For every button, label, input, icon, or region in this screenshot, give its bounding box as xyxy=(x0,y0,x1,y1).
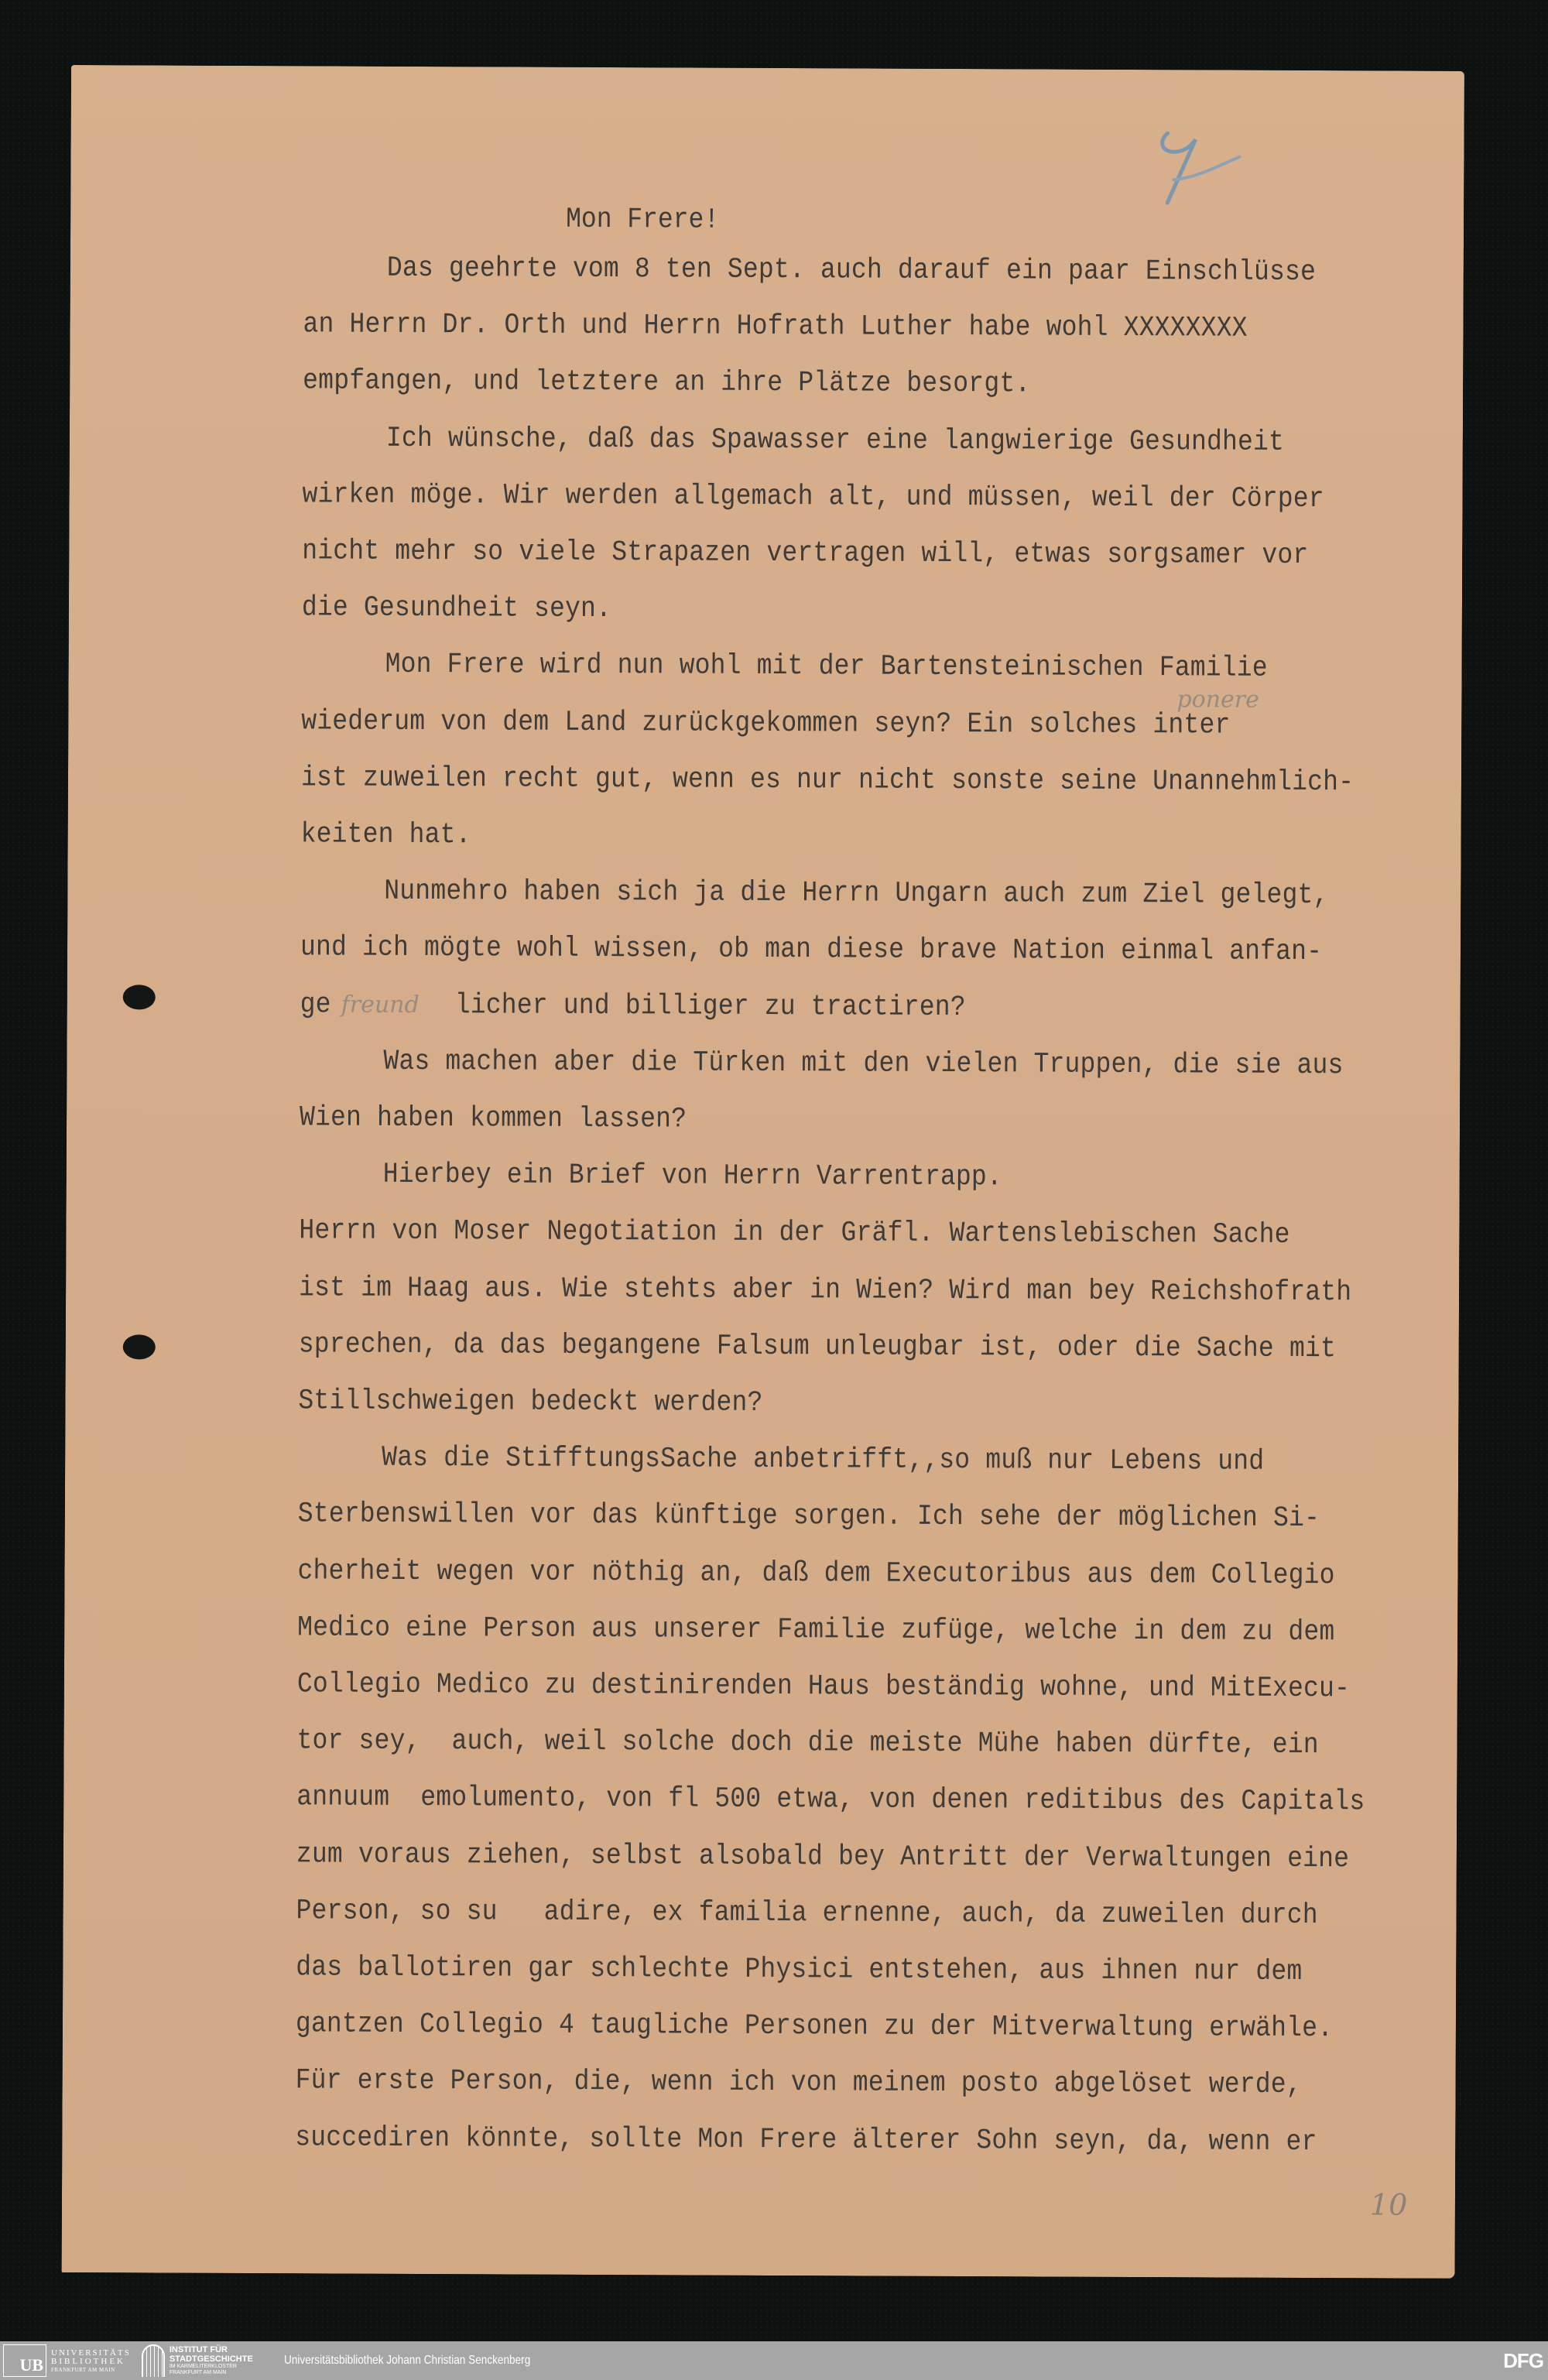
text-line: wirken möge. Wir werden allgemach alt, u… xyxy=(302,478,1324,515)
arch-icon xyxy=(142,2344,165,2377)
text-line: ist zuweilen recht gut, wenn es nur nich… xyxy=(301,762,1354,798)
text-line: Was die StifftungsSache anbetrifft,,so m… xyxy=(382,1442,1264,1478)
text-line: Was machen aber die Türken mit den viele… xyxy=(383,1045,1343,1081)
folio-number: 10 xyxy=(1370,2187,1408,2221)
text-line: Mon Frere wird nun wohl mit der Bartenst… xyxy=(385,649,1268,684)
text-line: Herrn von Moser Negotiation in der Gräfl… xyxy=(299,1214,1289,1251)
dfg-logo[interactable]: DFG xyxy=(1503,2349,1543,2373)
text-line: Medico eine Person aus unserer Familie z… xyxy=(297,1611,1334,1648)
text-line: sprechen, da das begangene Falsum unleug… xyxy=(299,1328,1336,1365)
text-line: Ich wünsche, daß das Spawasser eine lang… xyxy=(386,422,1284,458)
text-line: und ich mögte wohl wissen, ob man diese … xyxy=(300,931,1322,967)
text-line: Das geehrte vom 8 ten Sept. auch darauf … xyxy=(387,252,1316,289)
text-line: das ballotiren gar schlechte Physici ent… xyxy=(296,1951,1302,1988)
text-line: ist im Haag aus. Wie stehts aber in Wien… xyxy=(299,1272,1351,1308)
text-line: nicht mehr so viele Strapazen vertragen … xyxy=(302,535,1308,571)
text-line: die Gesundheit seyn. xyxy=(302,591,611,625)
text-line: tor sey, auch, weil solche doch die meis… xyxy=(296,1724,1318,1761)
ub-line-3: FRANKFURT AM MAIN xyxy=(51,2368,131,2373)
text-line: Hierbey ein Brief von Herrn Varrentrapp. xyxy=(383,1159,1002,1193)
text-line: Person, so su adire, ex familia ernenne,… xyxy=(296,1895,1318,1931)
text-line: annuum emolumento, von fl 500 etwa, von … xyxy=(296,1781,1365,1817)
salutation: Mon Frere! xyxy=(566,204,719,236)
text-line: gantzen Collegio 4 taugliche Personen zu… xyxy=(296,2008,1333,2044)
text-line: Wien haben kommen lassen? xyxy=(300,1101,687,1135)
letter-body: Das geehrte vom 8 ten Sept. auch darauf … xyxy=(71,65,1464,71)
ub-line-1: UNIVERSITÄTS xyxy=(51,2349,131,2358)
isg-line-4: FRANKFURT AM MAIN xyxy=(170,2370,253,2375)
footer-bar: UB UNIVERSITÄTS BIBLIOTHEK FRANKFURT AM … xyxy=(0,2341,1548,2380)
text-line: zum voraus ziehen, selbst alsobald bey A… xyxy=(296,1838,1349,1875)
text-line: Collegio Medico zu destinirenden Haus be… xyxy=(297,1668,1350,1704)
pencil-mark-seven-icon xyxy=(1150,118,1244,211)
footer-title: Universitätsbibliothek Johann Christian … xyxy=(284,2354,530,2368)
isg-logo[interactable]: INSTITUT FÜR STADTGESCHICHTE IM KARMELIT… xyxy=(142,2344,253,2378)
text-line: wiederum von dem Land zurückgekommen sey… xyxy=(301,705,1230,741)
text-line: succediren könnte, sollte Mon Frere älte… xyxy=(295,2121,1317,2158)
text-line: keiten hat. xyxy=(301,818,471,851)
text-line: Stillschweigen bedeckt werden? xyxy=(298,1385,762,1419)
text-line: empfangen, und letztere an ihre Plätze b… xyxy=(303,365,1030,400)
ub-logo-mark: UB xyxy=(3,2344,46,2377)
isg-line-2: STADTGESCHICHTE xyxy=(170,2355,253,2365)
text-line: Nunmehro haben sich ja die Herrn Ungarn … xyxy=(384,875,1328,912)
isg-line-1: INSTITUT FÜR xyxy=(170,2346,253,2355)
punch-hole-bottom xyxy=(123,1334,156,1359)
ub-line-2: BIBLIOTHEK xyxy=(51,2358,131,2366)
text-line: an Herrn Dr. Orth und Herrn Hofrath Luth… xyxy=(303,308,1247,344)
ub-logo[interactable]: UB UNIVERSITÄTS BIBLIOTHEK FRANKFURT AM … xyxy=(3,2344,131,2378)
letter-page: Mon Frere! Das geehrte vom 8 ten Sept. a… xyxy=(62,65,1464,2279)
punch-hole-top xyxy=(123,985,156,1009)
text-line: Für erste Person, die, wenn ich von mein… xyxy=(296,2064,1302,2101)
isg-line-3: IM KARMELITERKLOSTER xyxy=(170,2364,253,2369)
text-line: cherheit wegen vor nöthig an, daß dem Ex… xyxy=(297,1555,1334,1591)
handwritten-insertion-freund: freund xyxy=(341,991,420,1019)
text-line: Sterbenswillen vor das künftige sorgen. … xyxy=(298,1498,1320,1534)
handwritten-insertion-ponere: ponere xyxy=(1176,686,1259,713)
